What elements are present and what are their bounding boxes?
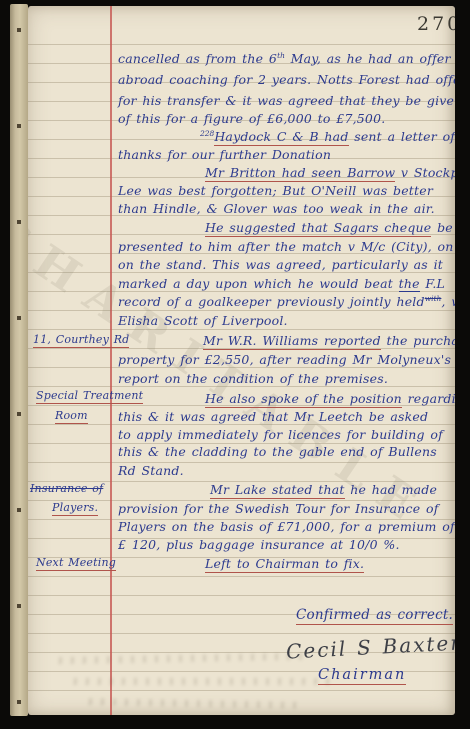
handwriting-segment: the bbox=[399, 276, 420, 292]
handwriting-segment: sent a letter of bbox=[349, 129, 455, 144]
handwriting-segment: F.L bbox=[420, 276, 445, 291]
handwriting-segment: on the stand. This was agreed, particula… bbox=[118, 257, 443, 272]
handwriting-segment: v Stockport. bbox=[395, 165, 455, 180]
handwriting-segment: May, as he had an offer to go bbox=[285, 51, 455, 66]
minute-line-18: report on the condition of the premises. bbox=[118, 372, 388, 386]
handwriting-segment: Next Meeting bbox=[36, 556, 116, 571]
photograph-backdrop: CHARITABLE 270 cancelled as from the 6th… bbox=[0, 0, 470, 729]
signature-role: Chairman bbox=[318, 668, 406, 684]
handwriting-segment: Chairman bbox=[318, 667, 406, 685]
handwriting-segment: Players. bbox=[52, 501, 98, 516]
handwriting-segment: property for £2,550, after reading Mr Mo… bbox=[118, 352, 455, 367]
handwriting-segment: Insurance of bbox=[30, 482, 103, 495]
minute-line-3: for his transfer & it was agreed that th… bbox=[118, 94, 455, 108]
minute-line-15: Elisha Scott of Liverpool. bbox=[118, 314, 288, 328]
minute-line-6: thanks for our further Donation bbox=[118, 148, 331, 162]
handwriting-segment: He also spoke of the position bbox=[205, 391, 402, 408]
minute-line-25: provision for the Swedish Tour for Insur… bbox=[118, 502, 439, 516]
page-number: 270 bbox=[417, 13, 455, 35]
handwriting-segment: he had made bbox=[345, 482, 437, 497]
handwriting-segment: abroad coaching for 2 years. Notts Fores… bbox=[118, 72, 455, 87]
minute-line-2: abroad coaching for 2 years. Notts Fores… bbox=[118, 73, 455, 87]
handwriting-segment: Room bbox=[55, 409, 88, 424]
handwriting-segment: record of a goalkeeper previously jointl… bbox=[118, 294, 425, 309]
minute-line-17: property for £2,550, after reading Mr Mo… bbox=[118, 353, 455, 367]
handwriting-segment: presented to him after the match v M/c (… bbox=[118, 239, 455, 254]
handwriting-segment: to apply immediately for licences for bu… bbox=[118, 427, 443, 442]
minute-line-11: presented to him after the match v M/c (… bbox=[118, 240, 455, 254]
handwriting-segment: Special Treatment bbox=[36, 389, 143, 404]
minute-line-10: He suggested that Sagars cheque be bbox=[205, 221, 453, 235]
handwriting-segment: than Hindle, & Glover was too weak in th… bbox=[118, 201, 435, 216]
minute-line-19: He also spoke of the position regarding bbox=[205, 392, 455, 406]
handwriting-segment: cancelled as from the 6 bbox=[118, 51, 277, 66]
minute-line-28: Left to Chairman to fix. bbox=[205, 557, 364, 571]
minute-line-7: Mr Britton had seen Barrow v Stockport. bbox=[205, 166, 455, 180]
handwriting-segment: Left to Chairman to fix. bbox=[205, 556, 364, 573]
minute-line-5: 228Haydock C & B had sent a letter of bbox=[200, 130, 455, 144]
minute-line-23: Rd Stand. bbox=[118, 464, 184, 478]
minute-line-14: record of a goalkeeper previously jointl… bbox=[118, 295, 455, 309]
handwriting-segment: Rd Stand. bbox=[118, 463, 184, 478]
minute-line-1: cancelled as from the 6th May, as he had… bbox=[118, 52, 455, 66]
handwriting-segment: th bbox=[277, 51, 285, 60]
handwriting-segment: 11, Courthey Rd bbox=[33, 333, 129, 348]
handwriting-segment: marked a day upon which he would beat bbox=[118, 276, 399, 291]
handwriting-segment: this & the cladding to the gable end of … bbox=[118, 444, 437, 459]
handwriting-segment: Lee was best forgotten; But O'Neill was … bbox=[118, 183, 433, 198]
minute-line-26: Players on the basis of £71,000, for a p… bbox=[118, 520, 455, 534]
show-through-writing bbox=[70, 678, 332, 685]
minute-line-4: of this for a figure of £6,000 to £7,500… bbox=[118, 112, 385, 126]
handwriting-segment: , with bbox=[441, 294, 455, 309]
minute-line-24: Mr Lake stated that he had made bbox=[210, 483, 437, 497]
handwriting-segment: for his transfer & it was agreed that th… bbox=[118, 93, 455, 108]
handwriting-segment: He suggested that Sagars cheque bbox=[205, 220, 431, 237]
handwriting-segment: of this for a figure of £6,000 to £7,500… bbox=[118, 111, 385, 126]
margin-note-insurance-of: Insurance of bbox=[30, 483, 103, 495]
margin-note-players: Players. bbox=[52, 502, 98, 514]
margin-note-next-meeting: Next Meeting bbox=[36, 557, 116, 569]
margin-note-room: Room bbox=[55, 410, 88, 422]
handwriting-segment: Elisha Scott of Liverpool. bbox=[118, 313, 288, 328]
margin-note-special-treatment: Special Treatment bbox=[36, 390, 143, 402]
handwriting-segment: 228 bbox=[200, 129, 214, 138]
handwriting-segment: thanks for our further Donation bbox=[118, 147, 331, 162]
handwriting-segment: Confirmed as correct. bbox=[296, 607, 453, 625]
book-binding-edge bbox=[10, 4, 28, 716]
handwriting-segment: provision for the Swedish Tour for Insur… bbox=[118, 501, 439, 516]
handwriting-segment: Mr Britton had seen Barrow bbox=[205, 165, 395, 182]
minute-line-22: this & the cladding to the gable end of … bbox=[118, 445, 437, 459]
minute-line-27: £ 120, plus baggage insurance at 10/0 %. bbox=[118, 538, 400, 552]
minute-line-20: this & it was agreed that Mr Leetch be a… bbox=[118, 410, 428, 424]
minute-line-16: Mr W.R. Williams reported the purchase o… bbox=[203, 334, 455, 348]
minute-line-12: on the stand. This was agreed, particula… bbox=[118, 258, 443, 272]
handwriting-segment: with bbox=[425, 294, 442, 303]
handwriting-segment: report on the condition of the premises. bbox=[118, 371, 388, 386]
handwriting-segment: the purchase of this bbox=[381, 333, 455, 348]
confirmation-line: Confirmed as correct. bbox=[296, 608, 453, 623]
handwriting-segment: Mr Lake stated that bbox=[210, 482, 345, 499]
handwriting-segment: Haydock C & B had bbox=[214, 129, 348, 146]
margin-note-courthey-rd: 11, Courthey Rd bbox=[33, 334, 129, 346]
handwriting-segment: £ 120, plus baggage insurance at 10/0 %. bbox=[118, 537, 400, 552]
minute-line-9: than Hindle, & Glover was too weak in th… bbox=[118, 202, 435, 216]
handwriting-segment: this & it was agreed that Mr Leetch be a… bbox=[118, 409, 428, 424]
handwriting-segment: Players on the basis of £71,000, for a p… bbox=[118, 519, 455, 534]
red-margin-line bbox=[110, 6, 112, 715]
handwriting-segment: be bbox=[431, 220, 452, 235]
minute-book-page: CHARITABLE 270 cancelled as from the 6th… bbox=[28, 6, 455, 715]
handwriting-segment: Mr W.R. Williams reported bbox=[203, 333, 381, 350]
minute-line-13: marked a day upon which he would beat th… bbox=[118, 277, 445, 291]
minute-line-8: Lee was best forgotten; But O'Neill was … bbox=[118, 184, 433, 198]
handwriting-segment: regarding bbox=[402, 391, 455, 406]
minute-line-21: to apply immediately for licences for bu… bbox=[118, 428, 443, 442]
